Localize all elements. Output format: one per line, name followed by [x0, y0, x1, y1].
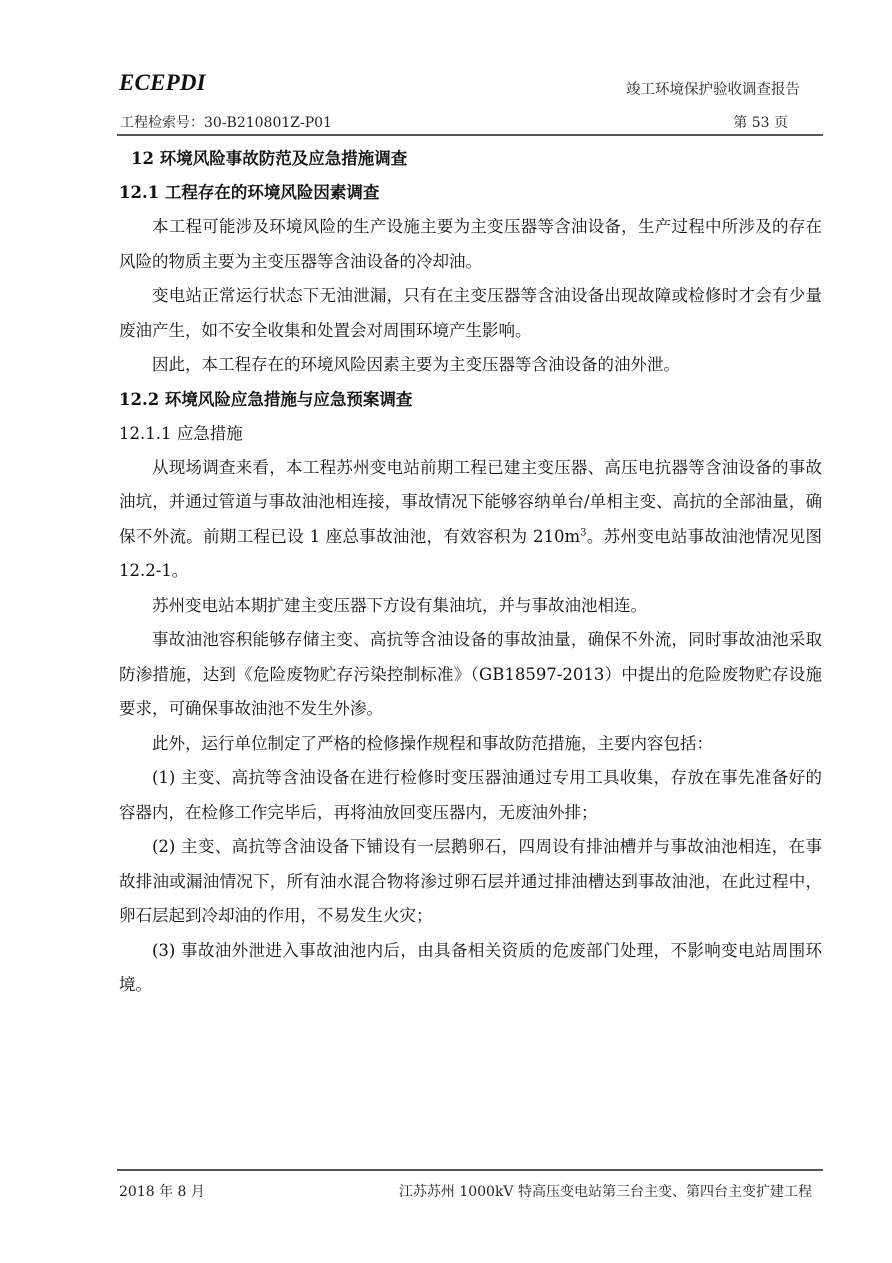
- paragraph: 变电站正常运行状态下无油泄漏，只有在主变压器等含油设备出现故障或检修时才会有少量…: [119, 279, 822, 348]
- page-number: 第 53 页: [733, 112, 788, 132]
- header-divider: [117, 134, 823, 136]
- footer-project-name: 江苏苏州 1000kV 特高压变电站第三台主变、第四台主变扩建工程: [399, 1181, 812, 1201]
- subsection-heading: 12.1.1 应急措施: [119, 417, 822, 451]
- footer-date: 2018 年 8 月: [119, 1181, 205, 1201]
- document-page: ECEPDI 竣工环境保护验收调查报告 工程检索号：30-B210801Z-P0…: [0, 0, 892, 1263]
- section-heading-12-1: 12.1 工程存在的环境风险因素调查: [119, 176, 822, 210]
- paragraph: 苏州变电站本期扩建主变压器下方设有集油坑，并与事故油池相连。: [119, 589, 822, 624]
- list-item: (1) 主变、高抗等含油设备在进行检修时变压器油通过专用工具收集，存放在事先准备…: [119, 761, 822, 830]
- project-number: 工程检索号：30-B210801Z-P01: [120, 112, 332, 132]
- paragraph-oil-pit: 从现场调查来看，本工程苏州变电站前期工程已建主变压器、高压电抗器等含油设备的事故…: [119, 451, 822, 589]
- report-title: 竣工环境保护验收调查报告: [626, 78, 800, 99]
- list-item: (2) 主变、高抗等含油设备下铺设有一层鹅卵石，四周设有排油槽并与事故油池相连，…: [119, 830, 822, 934]
- footer-divider: [117, 1169, 823, 1171]
- section-heading-12-2: 12.2 环境风险应急措施与应急预案调查: [119, 383, 822, 417]
- paragraph: 事故油池容积能够存储主变、高抗等含油设备的事故油量，确保不外流，同时事故油池采取…: [119, 623, 822, 727]
- section-heading-12: 12 环境风险事故防范及应急措施调查: [119, 142, 822, 176]
- list-item: (3) 事故油外泄进入事故油池内后，由具备相关资质的危废部门处理，不影响变电站周…: [119, 934, 822, 1003]
- paragraph: 因此，本工程存在的环境风险因素主要为主变压器等含油设备的油外泄。: [119, 348, 822, 383]
- paragraph: 此外，运行单位制定了严格的检修操作规程和事故防范措施，主要内容包括：: [119, 727, 822, 762]
- body-content: 12 环境风险事故防范及应急措施调查 12.1 工程存在的环境风险因素调查 本工…: [119, 142, 822, 1003]
- company-logo: ECEPDI: [119, 70, 206, 96]
- paragraph: 本工程可能涉及环境风险的生产设施主要为主变压器等含油设备，生产过程中所涉及的存在…: [119, 210, 822, 279]
